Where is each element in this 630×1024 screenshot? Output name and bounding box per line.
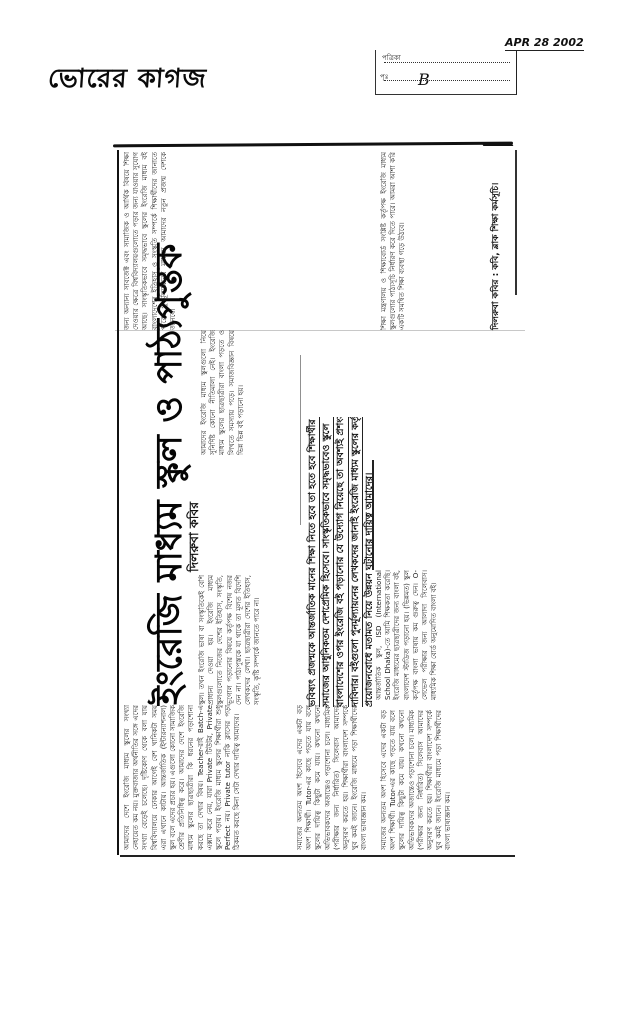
column-divider — [300, 355, 301, 525]
pull-quote-line: সমাজের আধুনিকতম দেশপ্রেমিক হিসেবে। সাংস্… — [320, 417, 334, 707]
column-divider — [115, 330, 525, 331]
author-footer: দিলরুবা কবির : কবি, ব্লাক শিক্ষা কর্মসূচ… — [488, 152, 502, 330]
pull-quote-line: ভবিষ্যৎ প্রজন্মকে আন্তর্জাতিক মানের শিক্… — [306, 417, 320, 707]
pull-quote-line: প্রয়োজনবোধে মতামত নিয়ে উন্নয়ন ঘটানোর … — [363, 417, 372, 707]
stamp-line-2 — [384, 80, 510, 81]
article-column-5: আন্তর্জাতিক স্কুল, ISD (International Sc… — [375, 570, 450, 700]
article-column-3: স্কুল। তখন ইংরেজি ভাষা বা সংস্কৃতিকেই বে… — [198, 575, 298, 705]
stamp-line-1 — [384, 62, 510, 63]
column-6-text: জন্য অন্যান্য সাবজেক্ট এবং সামাজিক ও আর্… — [123, 152, 178, 330]
article-column-1: আমাদের দেশে ইংরেজি মাধ্যম স্কুলের সংখ্যা… — [123, 705, 293, 850]
newspaper-masthead: ভোরের কাগজ — [46, 58, 208, 102]
stamp-field-label-2: পৃঃ — [380, 71, 388, 83]
column-5b-text: সমাজের অন্যতম অংশ হিসেবে এদের একটা বড় অ… — [380, 710, 454, 850]
stamp-date: APR 28 2002 — [505, 36, 584, 51]
article-column-7: শিক্ষা মন্ত্রণালয় ও শিক্ষাবোর্ড সংশ্লিষ… — [380, 152, 500, 330]
clipping-border-top — [113, 142, 513, 148]
article-column-5b: সমাজের অন্যতম অংশ হিসেবে এদের একটা বড় অ… — [380, 710, 510, 850]
column-7-text: শিক্ষা মন্ত্রণালয় ও শিক্ষাবোর্ড সংশ্লিষ… — [380, 152, 408, 330]
column-2-text: সমাজের অন্যতম অংশ হিসেবে এদের একটা বড় অ… — [296, 705, 370, 850]
clipping-border-bottom — [120, 855, 515, 857]
article-column-6: জন্য অন্যান্য সাবজেক্ট এবং সামাজিক ও আর্… — [123, 152, 373, 330]
clipping-border-left — [117, 150, 119, 855]
clipping-border-right — [515, 150, 517, 295]
column-5-text: আন্তর্জাতিক স্কুল, ISD (International Sc… — [375, 570, 439, 700]
column-4-text: আমাদের ইংরেজি মাধ্যম স্কুলগুলো নিয়ে সুন… — [200, 330, 246, 455]
column-divider — [372, 460, 374, 570]
column-1-text: আমাদের দেশে ইংরেজি মাধ্যম স্কুলের সংখ্যা… — [123, 705, 243, 850]
article-column-4: আমাদের ইংরেজি মাধ্যম স্কুলগুলো নিয়ে সুন… — [200, 330, 300, 455]
column-3-text: স্কুল। তখন ইংরেজি ভাষা বা সংস্কৃতিকেই বে… — [198, 575, 262, 705]
article-pull-quote: ভবিষ্যৎ প্রজন্মকে আন্তর্জাতিক মানের শিক্… — [306, 417, 372, 707]
pull-quote-line: বাংলাদেশের ওপর ইংরেজি বই পড়ানোর যে উদ্য… — [334, 417, 348, 707]
archive-stamp: পত্রিকা পৃঃ B — [375, 50, 517, 95]
pull-quote-line: দাবিদার। বইগুলো পুনর্মূল্যায়নের লেখকদের… — [349, 417, 363, 707]
article-byline: দিলরুবা কবির — [186, 457, 202, 572]
